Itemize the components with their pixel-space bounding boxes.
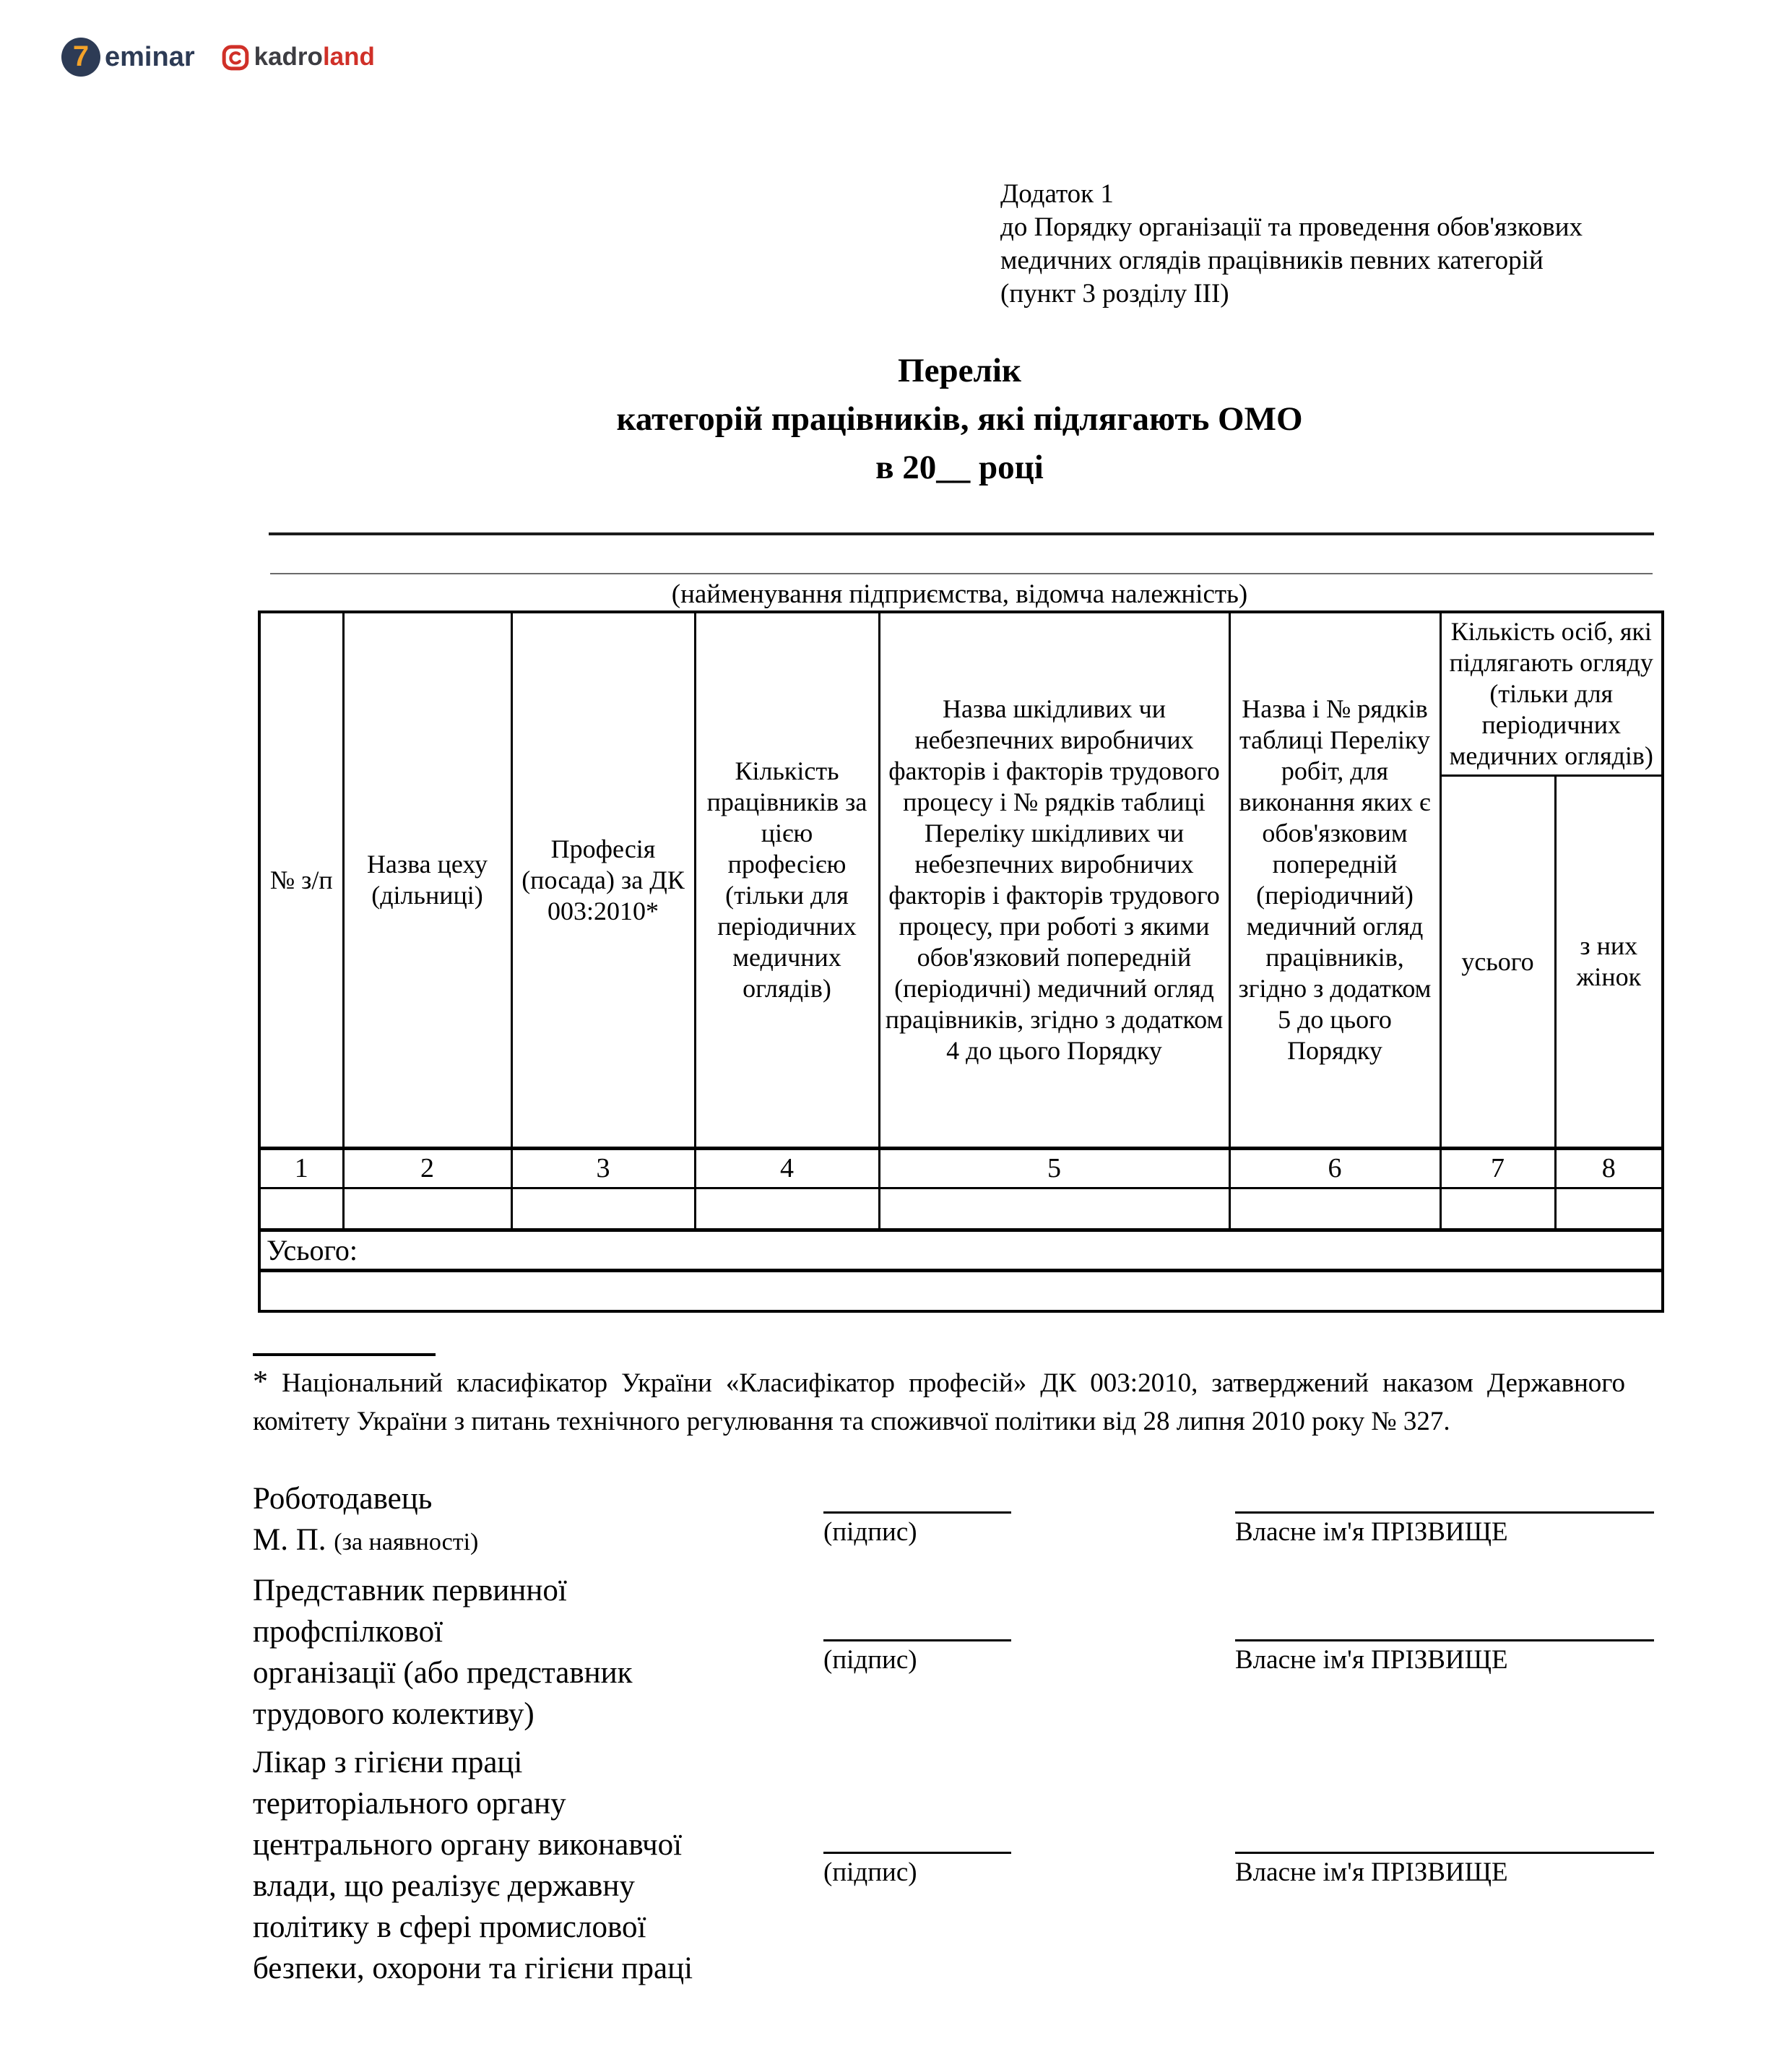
- column-number: 1: [259, 1149, 343, 1188]
- empty-cell[interactable]: [695, 1188, 879, 1230]
- column-number: 2: [343, 1149, 511, 1188]
- column-number-row: 1 2 3 4 5 6 7 8: [259, 1149, 1663, 1188]
- column-number: 3: [511, 1149, 695, 1188]
- name-line[interactable]: [1235, 1639, 1654, 1641]
- seminar-logo: 7 eminar: [61, 38, 195, 77]
- empty-cell[interactable]: [511, 1188, 695, 1230]
- page-title: Перелік категорій працівників, які підля…: [258, 347, 1661, 492]
- bottom-blank-row[interactable]: [259, 1271, 1663, 1311]
- title-line: Перелік: [258, 347, 1661, 395]
- employer-mp-line: М. П. (за наявності): [253, 1519, 823, 1563]
- col-header-hazard-factors: Назва шкідливих чи небезпечних виробничи…: [879, 612, 1229, 1149]
- footnote-asterisk: *: [253, 1365, 268, 1399]
- total-row[interactable]: Усього:: [259, 1230, 1663, 1271]
- union-rep-label-line: Представник первинної: [253, 1570, 823, 1611]
- employer-label-line: Роботодавець: [253, 1478, 823, 1519]
- doctor-name-field: Власне ім'я ПРІЗВИЩЕ: [1235, 1742, 1654, 1989]
- signature-line[interactable]: [823, 1852, 1011, 1854]
- footnote-text: * Національний класифікатор України «Кла…: [253, 1363, 1625, 1441]
- company-name-line-1[interactable]: [269, 532, 1654, 535]
- footnote-divider: [253, 1353, 436, 1356]
- col-subheader-total: усього: [1440, 776, 1555, 1149]
- signature-row-hygiene-doctor: Лікар з гігієни праці територіального ор…: [253, 1742, 1792, 1989]
- seminar-digit: 7: [73, 42, 89, 71]
- col-header-number: № з/п: [259, 612, 343, 1149]
- doctor-label-line: територіального органу: [253, 1783, 823, 1824]
- name-caption: Власне ім'я ПРІЗВИЩЕ: [1235, 1516, 1654, 1548]
- union-rep-signature-field: (підпис): [823, 1570, 1040, 1735]
- appendix-line: (пункт 3 розділу III): [1000, 277, 1679, 311]
- col-header-shop: Назва цеху (дільниці): [343, 612, 511, 1149]
- col-header-worker-count: Кількість працівників за цією професією …: [695, 612, 879, 1149]
- doctor-label-line: влади, що реалізує державну: [253, 1865, 823, 1907]
- name-caption: Власне ім'я ПРІЗВИЩЕ: [1235, 1644, 1654, 1676]
- title-line: категорій працівників, які підлягають ОМ…: [258, 395, 1661, 444]
- company-name-line-2[interactable]: [270, 573, 1653, 574]
- kadroland-at-house-icon: [221, 43, 250, 72]
- empty-cell[interactable]: [1229, 1188, 1440, 1230]
- union-rep-label: Представник первинної профспілкової орга…: [253, 1570, 823, 1735]
- signature-row-union-rep: Представник первинної профспілкової орга…: [253, 1570, 1792, 1735]
- title-line: в 20__ році: [258, 444, 1661, 492]
- empty-cell[interactable]: [343, 1188, 511, 1230]
- col-header-works-list: Назва і № рядків таблиці Переліку робіт,…: [1229, 612, 1440, 1149]
- signature-line[interactable]: [823, 1639, 1011, 1641]
- appendix-line: Додаток 1: [1000, 178, 1679, 211]
- seminar-wordmark: eminar: [105, 42, 195, 73]
- column-number: 4: [695, 1149, 879, 1188]
- name-line[interactable]: [1235, 1511, 1654, 1514]
- company-caption: (найменування підприємства, відомча нале…: [258, 579, 1661, 610]
- signature-caption: (підпис): [823, 1644, 1040, 1676]
- seminar-7-icon: 7: [61, 38, 100, 77]
- column-number: 7: [1440, 1149, 1555, 1188]
- empty-cell[interactable]: [1555, 1188, 1663, 1230]
- union-rep-label-line: організації (або представник: [253, 1652, 823, 1693]
- appendix-line: до Порядку організації та проведення обо…: [1000, 211, 1679, 244]
- kadroland-logo: kadroland: [221, 43, 375, 72]
- col-header-persons-group: Кількість осіб, які підлягають огляду (т…: [1440, 612, 1663, 776]
- empty-cell[interactable]: [259, 1188, 343, 1230]
- employer-label: Роботодавець М. П. (за наявності): [253, 1478, 823, 1563]
- empty-cell[interactable]: [879, 1188, 1229, 1230]
- doctor-label-line: центрального органу виконавчої: [253, 1824, 823, 1865]
- union-rep-name-field: Власне ім'я ПРІЗВИЩЕ: [1235, 1570, 1654, 1735]
- document-page: 7 eminar kadroland Додаток 1 до Порядку …: [0, 0, 1792, 2054]
- doctor-label-line: Лікар з гігієни праці: [253, 1742, 823, 1783]
- signature-line[interactable]: [823, 1511, 1011, 1514]
- col-subheader-women: з них жінок: [1555, 776, 1663, 1149]
- union-rep-label-line: трудового колективу): [253, 1693, 823, 1735]
- signature-caption: (підпис): [823, 1857, 1040, 1889]
- signature-block: Роботодавець М. П. (за наявності) (підпи…: [253, 1478, 1792, 1989]
- employer-signature-field: (підпис): [823, 1478, 1040, 1563]
- column-number: 6: [1229, 1149, 1440, 1188]
- appendix-reference: Додаток 1 до Порядку організації та пров…: [1000, 178, 1679, 311]
- union-rep-label-line: профспілкової: [253, 1611, 823, 1652]
- empty-data-row: [259, 1188, 1663, 1230]
- doctor-label-line: політику в сфері промислової: [253, 1907, 823, 1948]
- kadroland-wordmark: kadroland: [254, 43, 375, 72]
- hygiene-doctor-label: Лікар з гігієни праці територіального ор…: [253, 1742, 823, 1989]
- doctor-label-line: безпеки, охорони та гігієни праці: [253, 1948, 823, 1989]
- omo-categories-table: № з/п Назва цеху (дільниці) Професія (по…: [258, 610, 1664, 1313]
- name-caption: Власне ім'я ПРІЗВИЩЕ: [1235, 1857, 1654, 1889]
- employer-name-field: Власне ім'я ПРІЗВИЩЕ: [1235, 1478, 1654, 1563]
- appendix-line: медичних оглядів працівників певних кате…: [1000, 244, 1679, 277]
- header-logos: 7 eminar kadroland: [61, 38, 375, 77]
- column-number: 8: [1555, 1149, 1663, 1188]
- signature-caption: (підпис): [823, 1516, 1040, 1548]
- col-header-profession: Професія (посада) за ДК 003:2010*: [511, 612, 695, 1149]
- doctor-signature-field: (підпис): [823, 1742, 1040, 1989]
- name-line[interactable]: [1235, 1852, 1654, 1854]
- signature-row-employer: Роботодавець М. П. (за наявності) (підпи…: [253, 1478, 1792, 1563]
- empty-cell[interactable]: [1440, 1188, 1555, 1230]
- column-number: 5: [879, 1149, 1229, 1188]
